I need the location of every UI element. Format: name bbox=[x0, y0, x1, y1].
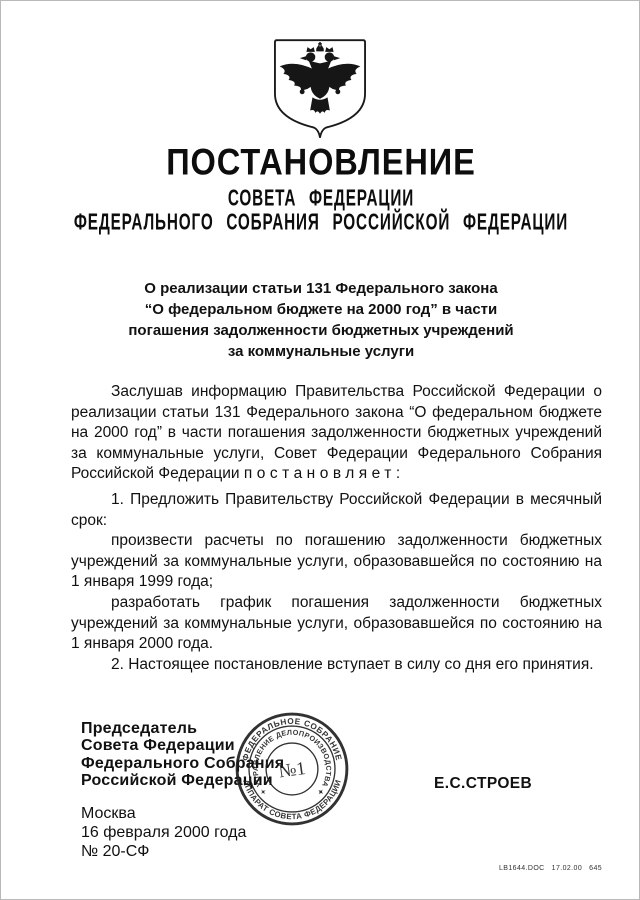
signatory-name: Е.С.СТРОЕВ bbox=[434, 775, 532, 793]
document-page: ПОСТАНОВЛЕНИЕ СОВЕТА ФЕДЕРАЦИИ ФЕДЕРАЛЬН… bbox=[0, 0, 640, 900]
stamp-center-number: №1 bbox=[277, 758, 307, 783]
coat-of-arms bbox=[259, 35, 381, 141]
registry-stamp: ФЕДЕРАЛЬНОЕ СОБРАНИЕ АППАРАТ СОВЕТА ФЕДЕ… bbox=[234, 711, 350, 827]
issuance-date: 16 февраля 2000 года bbox=[81, 823, 246, 842]
subject-line: О реализации статьи 131 Федерального зак… bbox=[71, 278, 571, 299]
subject-line: погашения задолженности бюджетных учрежд… bbox=[71, 320, 571, 341]
subject-line: “О федеральном бюджете на 2000 год” в ча… bbox=[71, 299, 571, 320]
file-footnote: LB1644.DOC 17.02.00 645 bbox=[499, 865, 629, 872]
body-paragraph: 1. Предложить Правительству Российской Ф… bbox=[71, 490, 602, 531]
body-paragraph: 2. Настоящее постановление вступает в си… bbox=[71, 655, 602, 676]
issuance-city: Москва bbox=[81, 804, 246, 823]
issuance-block: Москва 16 февраля 2000 года № 20-СФ bbox=[81, 804, 246, 861]
body-paragraph: произвести расчеты по погашению задолжен… bbox=[71, 531, 602, 593]
resolves-word: постановляет: bbox=[244, 465, 405, 482]
subject-line: за коммунальные услуги bbox=[71, 341, 571, 362]
document-type-title: ПОСТАНОВЛЕНИЕ bbox=[23, 142, 618, 184]
body-paragraph: разработать график погашения задолженнос… bbox=[71, 593, 602, 655]
document-body: Заслушав информацию Правительства Россий… bbox=[71, 382, 602, 675]
preamble-paragraph: Заслушав информацию Правительства Россий… bbox=[71, 382, 602, 485]
org-name-line-1: СОВЕТА ФЕДЕРАЦИИ bbox=[49, 185, 593, 212]
issuance-number: № 20-СФ bbox=[81, 842, 246, 861]
org-name-line-2: ФЕДЕРАЛЬНОГО СОБРАНИЯ РОССИЙСКОЙ ФЕДЕРАЦ… bbox=[49, 209, 593, 236]
subject-title: О реализации статьи 131 Федерального зак… bbox=[71, 278, 571, 362]
